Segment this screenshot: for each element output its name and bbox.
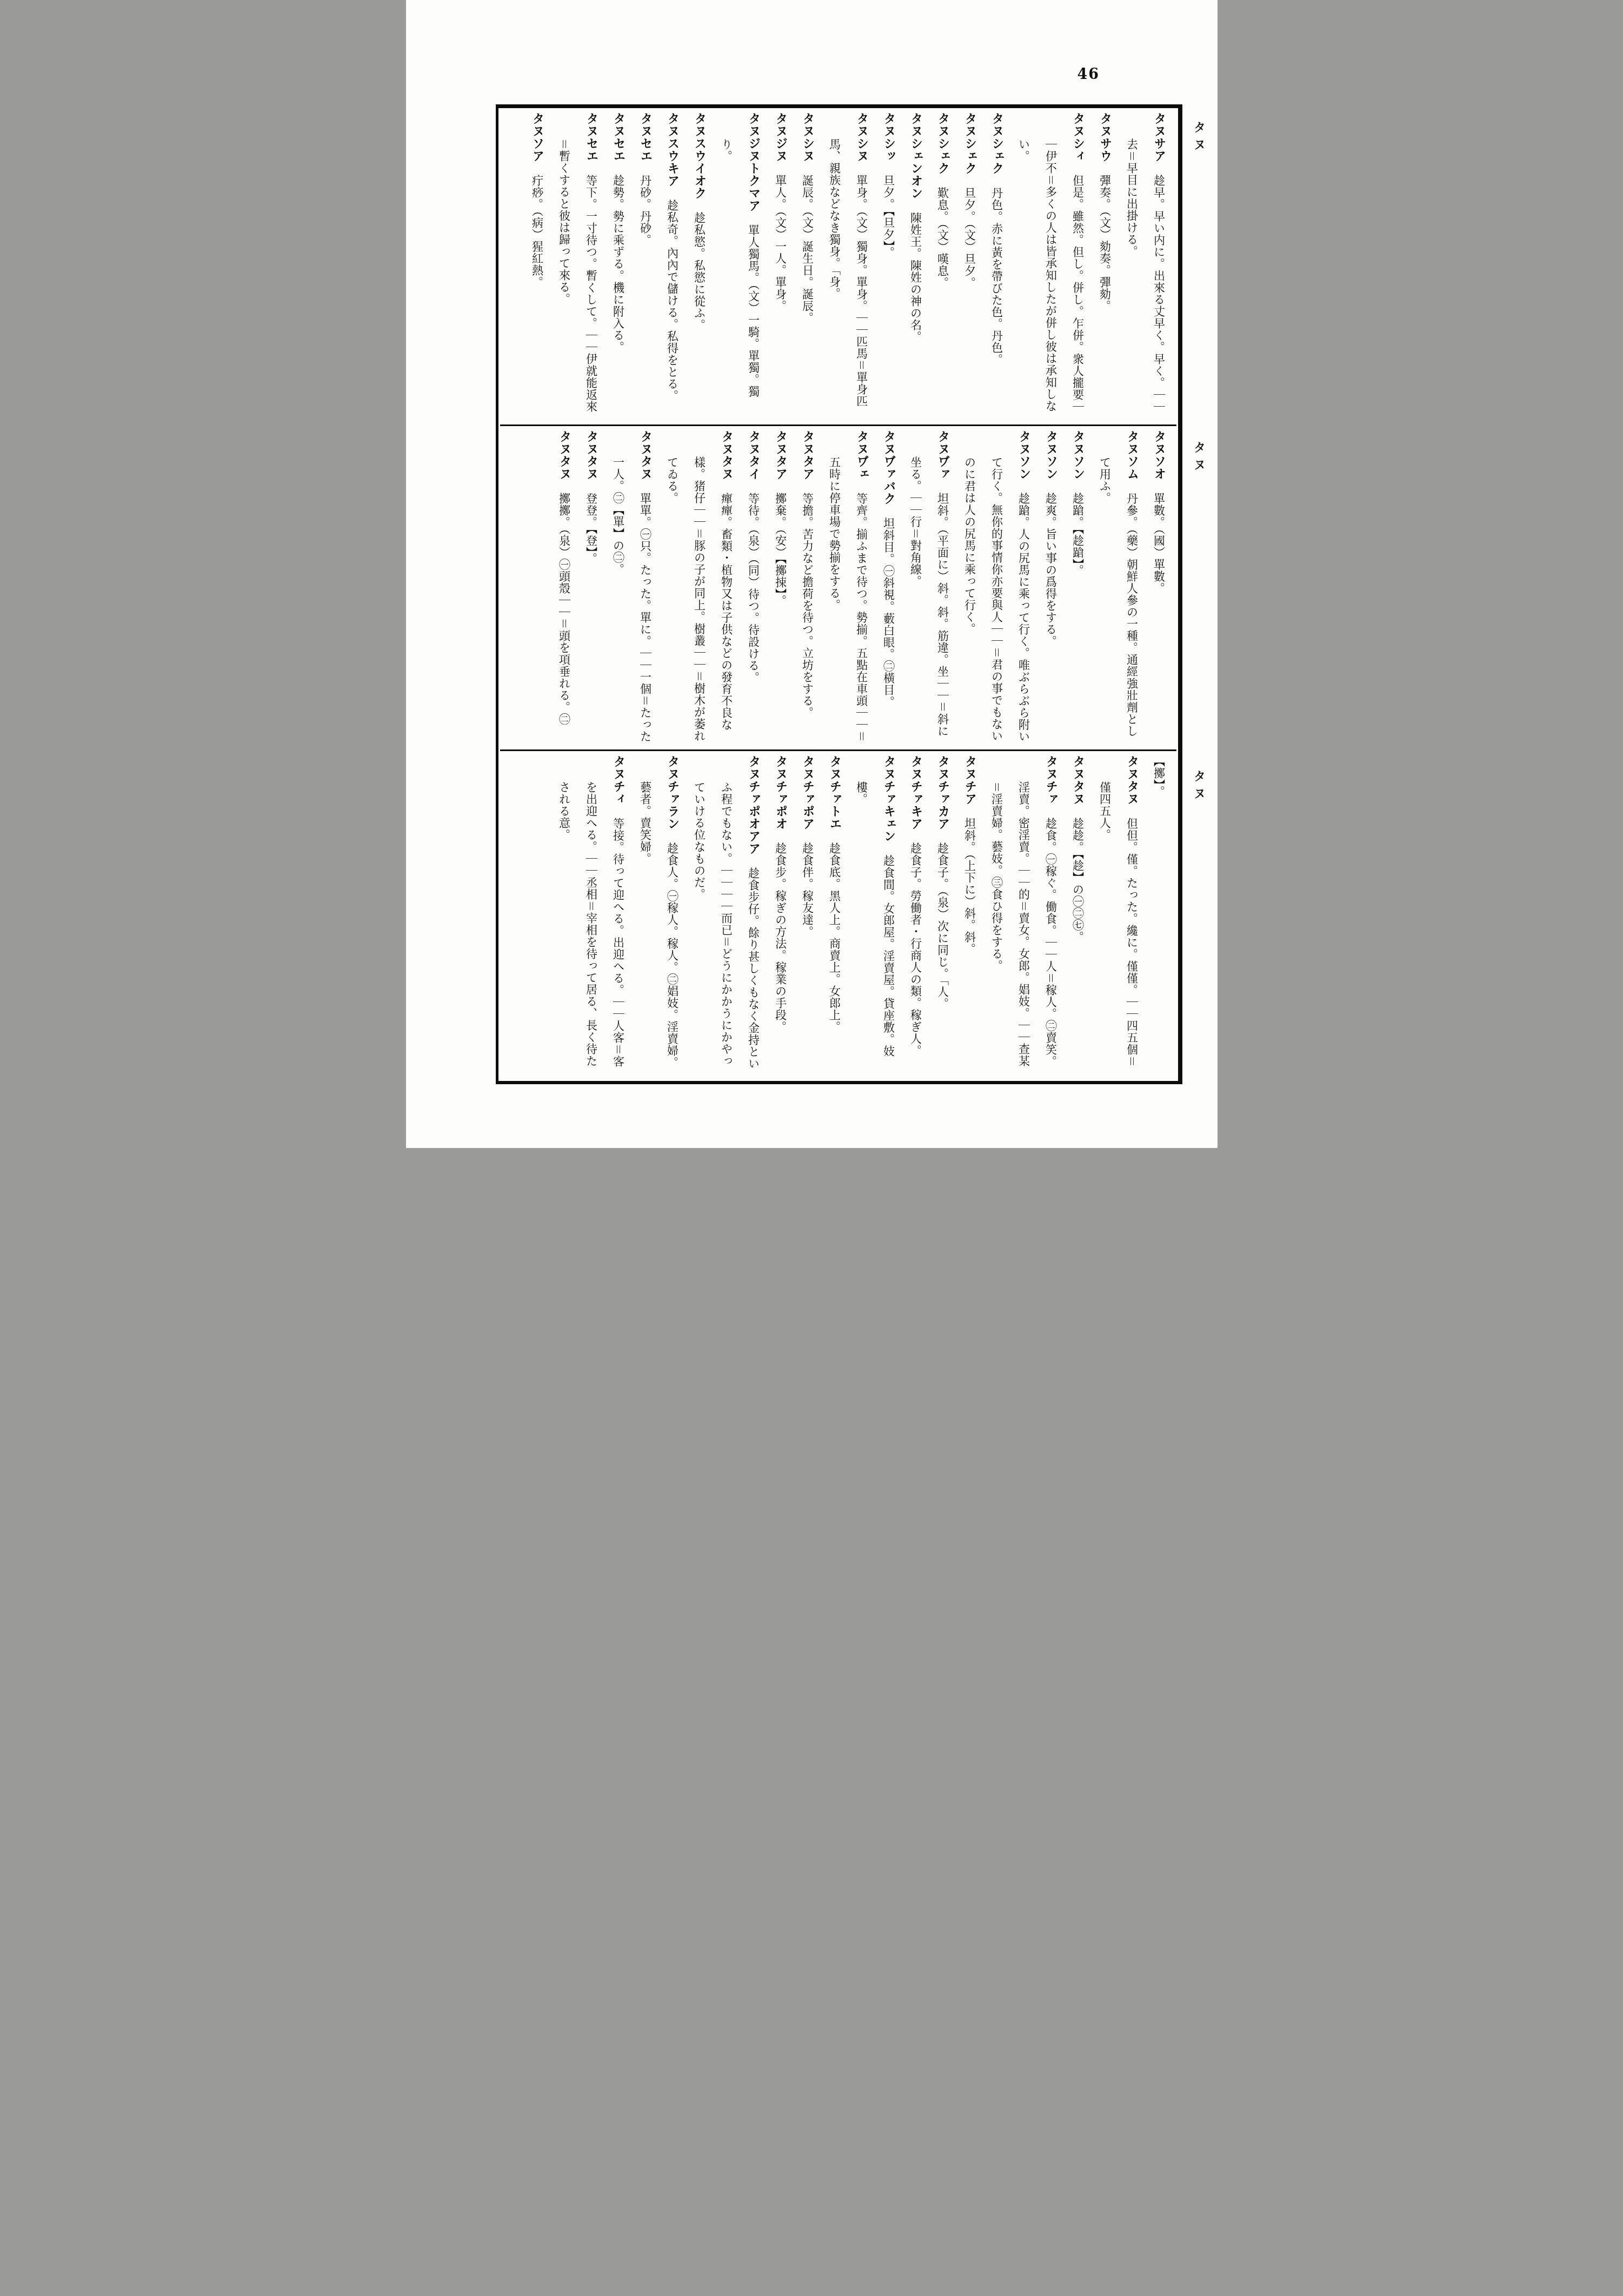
dictionary-entry: タヌヷァバク坦斜目。㊀斜視。藪白眼。㊁橫目。: [875, 430, 902, 745]
margin-kana-label-bottom: タヌ: [1191, 770, 1208, 805]
dictionary-entry: タヌシヌ誕辰。（文）誕生日。誕辰。: [794, 112, 821, 420]
dictionary-entry: タヌタア擲棄。（安）【擲捒】。: [767, 430, 794, 745]
entry-headword: タヌシェク: [963, 112, 977, 187]
dictionary-page: 46 タヌ タヌ タヌ タヌサア趁早。早い内に。出來る丈早く。早く。｜｜去＝早目…: [406, 0, 1218, 1148]
dictionary-entry: タヌスウキア趁私奇。內內で儲ける。私得をとる。: [659, 112, 686, 420]
entry-headword: タヌチァポオアア: [747, 755, 761, 867]
entry-headword: タヌチィ: [612, 755, 626, 818]
entry-body: 丹色。赤に黃を帶びた色。丹色。: [990, 187, 1003, 366]
dictionary-entry: タヌシッ旦夕。【旦夕】。: [875, 112, 902, 420]
entry-body: 趁趁。【趁】の㊀㊁㊆。: [1072, 818, 1085, 943]
dictionary-entry: タヌジヌトクマア單人獨馬。（文）一騎。單獨。獨り。: [713, 112, 767, 420]
entry-body: 等擔。苦力など擔荷を待つ。立坊をする。: [801, 493, 814, 719]
dictionary-entry: タヌチア坦斜。（上下に）斜。斜。: [956, 755, 983, 1077]
dictionary-entry: タヌサア趁早。早い内に。出來る丈早く。早く。｜｜去＝早目に出掛ける。: [1119, 112, 1173, 420]
dictionary-entry: タヌタヌ趁趁。【趁】の㊀㊁㊆。: [1065, 755, 1092, 1077]
entry-headword: タヌジヌ: [774, 112, 788, 175]
entry-headword: タヌタイ: [747, 430, 761, 493]
entry-headword: タヌヷェ: [855, 430, 869, 493]
dictionary-entry: タヌタヌ單單。㊀只。たった。單に。｜｜一個＝たった一人。㊁【單】の㊁。: [605, 430, 659, 745]
entry-body: 等下。一寸待つ。暫くして。｜｜伊就能返來＝暫くすると彼は歸って來る。: [558, 138, 598, 413]
dictionary-entry: タヌソン趁蹌。【趁蹌】。: [1065, 430, 1092, 745]
dictionary-entry: タヌシヌ單身。（文）獨身。單身。｜｜匹馬＝單身匹馬、親族などなき獨身。「身。: [821, 112, 875, 420]
entry-headword: タヌタヌ: [1072, 755, 1085, 818]
entry-body: 旦夕。（文）旦夕。: [963, 187, 976, 289]
entry-headword: タヌタヌ: [720, 430, 734, 493]
dictionary-entry: タヌスウイオク趁私慾。私慾に從ふ。: [686, 112, 713, 420]
entry-headword: タヌチァキア: [909, 755, 923, 842]
entry-headword: タヌシェンオン: [909, 112, 923, 212]
entry-headword: タヌチァ: [1045, 755, 1058, 818]
dictionary-entry: 【擲】。: [1146, 755, 1173, 1077]
text-band-middle: タヌソオ單數。（國）單數。タヌソム丹參。（藥）朝鮮人參の一種。通經強壯劑として用…: [498, 426, 1178, 749]
entry-headword: タヌシヌ: [855, 112, 869, 175]
entry-body: 誕辰。（文）誕生日。誕辰。: [801, 175, 814, 324]
entry-headword: タヌセエ: [585, 112, 598, 175]
dictionary-entry: タヌチァキェン趁食間。女郎屋。淫賣屋。貸座敷。妓樓。: [848, 755, 902, 1077]
dictionary-entry: タヌシェク旦夕。（文）旦夕。: [956, 112, 983, 420]
dictionary-entry: タヌチァポオアア趁食步仔。餘り甚しくもなく金持といふ程でもない。｜｜｜｜而已＝ど…: [686, 755, 767, 1077]
entry-headword: タヌソム: [1126, 430, 1139, 493]
dictionary-entry: タヌシィ但是。雖然。但し。併し。乍併。衆人攏要｜｜伊不＝多くの人は皆承知したが併…: [1010, 112, 1092, 420]
entry-headword: タヌサウ: [1099, 112, 1112, 175]
entry-headword: タヌシッ: [882, 112, 896, 175]
dictionary-entry: タヌタヌ擲擲。（泉）㊀頭殼｜｜＝頭を項垂れる。㊁: [551, 430, 578, 745]
entry-body: 趁私慾。私慾に從ふ。: [693, 212, 706, 331]
entry-body: 癉癉。畜類・植物又は子供などの發育不良な樣。猪仔｜｜＝豚の子が同上。樹叢｜｜＝樹…: [666, 456, 733, 742]
entry-body: 丹砂。丹砂。: [639, 175, 652, 246]
entry-headword: タヌソン: [1017, 430, 1031, 493]
entry-headword: タヌタア: [774, 430, 788, 493]
dictionary-entry: タヌセエ丹砂。丹砂。: [632, 112, 659, 420]
margin-kana-label-top: タヌ: [1191, 121, 1208, 156]
dictionary-entry: タヌシェク丹色。赤に黃を帶びた色。丹色。: [983, 112, 1010, 420]
entry-headword: タヌチァポア: [801, 755, 815, 842]
dictionary-entry: タヌシェンオン陳姓王。陳姓の神の名。: [902, 112, 929, 420]
entry-body: 趁食子。（泉）次に同じ。「人。: [936, 842, 949, 1010]
dictionary-entry: タヌソン趁蹌。人の尻馬に乘って行く。唯ぶらぶら附いて行く。無你的事情你亦要與人｜…: [956, 430, 1037, 745]
entry-headword: タヌソン: [1072, 430, 1085, 493]
dictionary-entry: タヌタヌ登登。【登】。: [578, 430, 605, 745]
entry-headword: タヌセエ: [639, 112, 653, 175]
dictionary-entry: タヌチァキア趁食子。勞働者・行商人の類。稼ぎ人。: [902, 755, 929, 1077]
dictionary-entry: タヌチィ等接。待って迎へる。出迎へる。｜｜人客＝客を出迎へる。｜｜丞相＝宰相を待…: [551, 755, 632, 1077]
entry-headword: タヌタア: [801, 430, 815, 493]
entry-headword: タヌジヌトクマア: [747, 112, 761, 224]
entry-headword: タヌヷァ: [936, 430, 950, 493]
entry-headword: タヌチァカア: [936, 755, 950, 842]
entry-body: 彈奏。（文）劾奏。彈劾。: [1099, 175, 1112, 312]
dictionary-entry: タヌチァカア趁食子。（泉）次に同じ。「人。: [929, 755, 956, 1077]
dictionary-entry: タヌチァラン趁食人。㊀稼人。稼人。㊁娼妓。淫賣婦。藝者。賣笑婦。: [632, 755, 686, 1077]
entry-body: 趁勢。勢に乘ずる。機に附入る。: [612, 175, 625, 353]
entry-body: 坦斜目。㊀斜視。藪白眼。㊁橫目。: [882, 517, 895, 708]
entry-headword: タヌシェク: [990, 112, 1004, 187]
dictionary-entry: タヌチァ趁食。㊀稼ぐ。働食。｜｜人＝稼人。㊁賣笑。淫賣。密淫賣。｜｜的＝賣女。女…: [983, 755, 1065, 1077]
dictionary-entry: タヌソア疔痧。（病）猩紅熱。: [524, 112, 551, 420]
entry-headword: タヌタヌ: [558, 430, 571, 493]
entry-body: 趁蹌。【趁蹌】。: [1072, 493, 1085, 576]
entry-body: 等接。待って迎へる。出迎へる。｜｜人客＝客を出迎へる。｜｜丞相＝宰相を待って居る…: [558, 781, 625, 1067]
dictionary-entry: タヌソン趁爽。旨い事の爲得をする。: [1037, 430, 1065, 745]
entry-body: 丹參。（藥）朝鮮人參の一種。通經強壯劑として用ふ。: [1099, 456, 1139, 737]
entry-body: 坦斜。（上下に）斜。斜。: [963, 818, 976, 955]
entry-body: 【擲】。: [1153, 755, 1166, 798]
entry-body: 趁食伴。稼友達。: [801, 842, 814, 938]
entry-headword: タヌシヌ: [801, 112, 815, 175]
entry-body: 趁蹌。人の尻馬に乘って行く。唯ぶらぶら附いて行く。無你的事情你亦要與人｜｜＝君の…: [963, 456, 1030, 742]
dictionary-entry: タヌチァポオ趁食步。稼ぎの方法。稼業の手段。: [767, 755, 794, 1077]
entry-body: 坦斜。（平面に）斜。斜。筋違。坐｜｜＝斜に坐る。｜｜行＝對角線。: [909, 456, 949, 737]
entry-headword: タヌチア: [963, 755, 977, 818]
entry-headword: タヌスウキア: [666, 112, 680, 200]
dictionary-entry: タヌチァポア趁食伴。稼友達。: [794, 755, 821, 1077]
entry-headword: タヌヷァバク: [882, 430, 896, 517]
entry-body: 趁食。㊀稼ぐ。働食。｜｜人＝稼人。㊁賣笑。淫賣。密淫賣。｜｜的＝賣女。女郎。娼妓…: [990, 781, 1057, 1067]
dictionary-entry: タヌサウ彈奏。（文）劾奏。彈劾。: [1092, 112, 1119, 420]
entry-body: 單身。（文）獨身。單身。｜｜匹馬＝單身匹馬、親族などなき獨身。「身。: [828, 138, 868, 407]
entry-body: 登登。【登】。: [585, 493, 598, 565]
entry-body: 趁食底。黑人上。商賣上。女郎上。: [828, 842, 841, 1033]
entry-headword: タヌタヌ: [639, 430, 653, 493]
text-band-top: タヌサア趁早。早い内に。出來る丈早く。早く。｜｜去＝早目に出掛ける。タヌサウ彈奏…: [498, 108, 1178, 424]
entry-body: 趁食步。稼ぎの方法。稼業の手段。: [774, 842, 787, 1033]
entry-body: 但是。雖然。但し。併し。乍併。衆人攏要｜｜伊不＝多くの人は皆承知したが併し彼は承…: [1017, 138, 1085, 413]
entry-headword: タヌチァキェン: [882, 755, 896, 855]
entry-body: 趁食子。勞働者・行商人の類。稼ぎ人。: [909, 842, 922, 1057]
dictionary-entry: タヌチァトエ趁食底。黑人上。商賣上。女郎上。: [821, 755, 848, 1077]
dictionary-entry: タヌシェク歎息。（文）嘆息。: [929, 112, 956, 420]
entry-body: 趁爽。旨い事の爲得をする。: [1045, 493, 1057, 647]
entry-body: 陳姓王。陳姓の神の名。: [909, 212, 922, 343]
entry-headword: タヌタヌ: [1126, 755, 1139, 818]
entry-body: 單數。（國）單數。: [1153, 493, 1166, 594]
text-frame: タヌサア趁早。早い内に。出來る丈早く。早く。｜｜去＝早目に出掛ける。タヌサウ彈奏…: [496, 104, 1182, 1084]
entry-headword: タヌチァラン: [666, 755, 680, 842]
dictionary-entry: タヌタヌ但但。僅。たった。纔に。僅僅。｜｜四五個＝僅四五人。: [1092, 755, 1146, 1077]
entry-headword: タヌソア: [531, 112, 544, 175]
entry-body: 單單。㊀只。たった。單に。｜｜一個＝たった一人。㊁【單】の㊁。: [612, 456, 652, 742]
text-band-bottom: 【擲】。タヌタヌ但但。僅。たった。纔に。僅僅。｜｜四五個＝僅四五人。タヌタヌ趁趁…: [498, 751, 1178, 1081]
entry-headword: タヌスウイオク: [693, 112, 707, 212]
entry-headword: タヌタヌ: [585, 430, 598, 493]
entry-headword: タヌシェク: [936, 112, 950, 187]
margin-kana-label-middle: タヌ: [1191, 441, 1208, 476]
entry-body: 擲擲。（泉）㊀頭殼｜｜＝頭を項垂れる。㊁: [558, 493, 571, 725]
dictionary-entry: タヌソオ單數。（國）單數。: [1146, 430, 1173, 745]
entry-body: 但但。僅。たった。纔に。僅僅。｜｜四五個＝僅四五人。: [1099, 781, 1139, 1067]
entry-headword: タヌソン: [1045, 430, 1058, 493]
entry-headword: タヌサア: [1153, 112, 1166, 175]
entry-headword: タヌシィ: [1072, 112, 1085, 175]
entry-body: 擲棄。（安）【擲捒】。: [774, 493, 787, 607]
entry-body: 疔痧。（病）猩紅熱。: [531, 175, 544, 288]
entry-body: 單人。（文）一人。單身。: [774, 175, 787, 312]
dictionary-entry: タヌセエ等下。一寸待つ。暫くして。｜｜伊就能返來＝暫くすると彼は歸って來る。: [551, 112, 605, 420]
entry-body: 等齊。揃ふまで待つ。勢揃。五點在車頭｜｜＝五時に停車場で勢揃をする。: [828, 456, 868, 742]
dictionary-entry: タヌタヌ癉癉。畜類・植物又は子供などの發育不良な樣。猪仔｜｜＝豚の子が同上。樹叢…: [659, 430, 740, 745]
entry-headword: タヌチァトエ: [828, 755, 842, 842]
dictionary-entry: タヌタイ等待。（泉）（同）待つ。待設ける。: [740, 430, 767, 745]
dictionary-entry: タヌタア等擔。苦力など擔荷を待つ。立坊をする。: [794, 430, 821, 745]
entry-headword: タヌセエ: [612, 112, 626, 175]
dictionary-entry: タヌヷァ坦斜。（平面に）斜。斜。筋違。坐｜｜＝斜に坐る。｜｜行＝對角線。: [902, 430, 956, 745]
dictionary-entry: タヌセエ趁勢。勢に乘ずる。機に附入る。: [605, 112, 632, 420]
entry-body: 旦夕。【旦夕】。: [882, 175, 895, 258]
entry-body: 趁私奇。內內で儲ける。私得をとる。: [666, 200, 679, 402]
entry-headword: タヌソオ: [1153, 430, 1166, 493]
dictionary-entry: タヌジヌ單人。（文）一人。單身。: [767, 112, 794, 420]
entry-body: 趁早。早い内に。出來る丈早く。早く。｜｜去＝早目に出掛ける。: [1126, 138, 1166, 413]
entry-headword: タヌチァポオ: [774, 755, 788, 842]
dictionary-entry: タヌソム丹參。（藥）朝鮮人參の一種。通經強壯劑として用ふ。: [1092, 430, 1146, 745]
entry-body: 歎息。（文）嘆息。: [936, 187, 949, 289]
page-number: 46: [1077, 66, 1100, 83]
entry-body: 等待。（泉）（同）待つ。待設ける。: [747, 493, 760, 684]
dictionary-entry: タヌヷェ等齊。揃ふまで待つ。勢揃。五點在車頭｜｜＝五時に停車場で勢揃をする。: [821, 430, 875, 745]
